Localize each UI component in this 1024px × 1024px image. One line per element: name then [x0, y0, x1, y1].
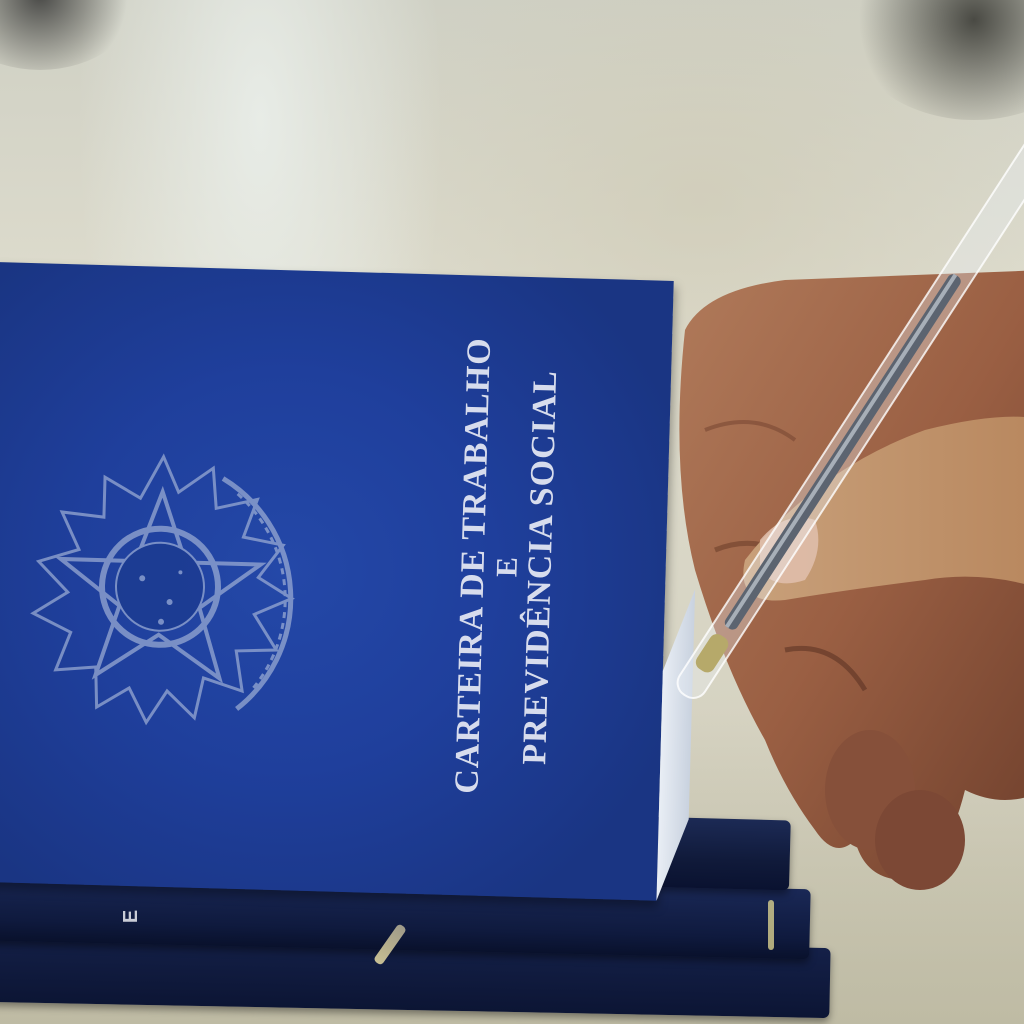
photo-scene: E [0, 0, 1024, 1024]
hand-icon [665, 270, 1024, 890]
cover-title: CARTEIRA DE TRABALHO E PREVIDÊNCIA SOCIA… [449, 315, 566, 818]
work-card-booklet: CARTEIRA DE TRABALHO E PREVIDÊNCIA SOCIA… [0, 262, 674, 901]
page-edge [768, 900, 774, 950]
stack-cover-letter: E [120, 910, 143, 923]
brazil-coat-of-arms-icon [6, 433, 314, 741]
